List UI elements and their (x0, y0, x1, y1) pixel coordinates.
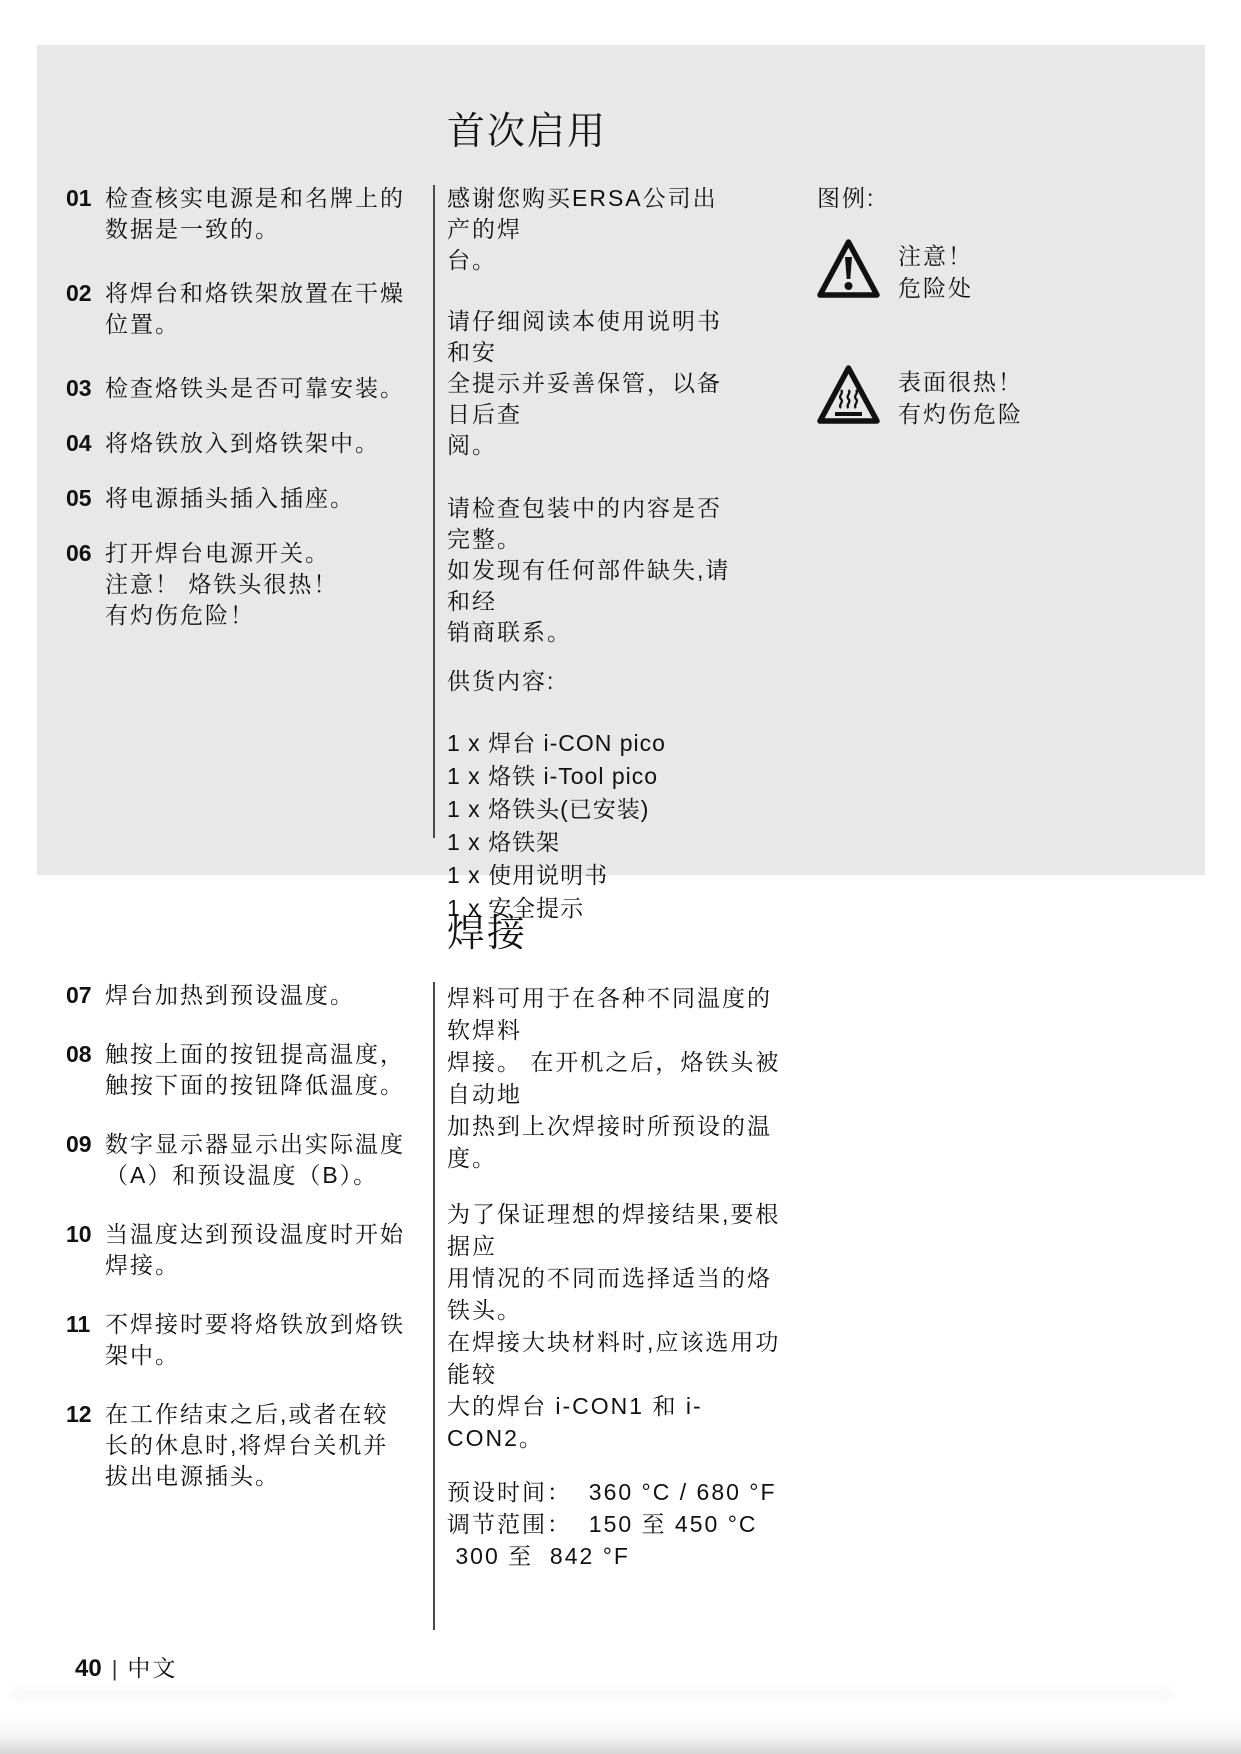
step-number: 12 (66, 1399, 105, 1430)
step-text: 不焊接时要将烙铁放到烙铁 架中。 (105, 1309, 405, 1371)
step-text: 检查烙铁头是否可靠安装。 (105, 373, 405, 404)
manual-page: 首次启用 01 检查核实电源是和名牌上的 数据是一致的。 02 将焊台和烙铁架放… (0, 0, 1241, 1754)
step-text: 检查核实电源是和名牌上的 数据是一致的。 (105, 183, 405, 245)
step-number: 03 (66, 373, 105, 404)
page-edge-shadow (0, 1712, 1241, 1754)
step-12: 12 在工作结束之后,或者在较 长的休息时,将焊台关机并 拔出电源插头。 (66, 1399, 438, 1492)
step-10: 10 当温度达到预设温度时开始 焊接。 (66, 1219, 438, 1281)
step-text: 数字显示器显示出实际温度 （A）和预设温度（B）。 (105, 1129, 405, 1191)
first-use-intro-column: 感谢您购买ERSA公司出产的焊 台。 请仔细阅读本使用说明书和安 全提示并妥善保… (447, 183, 742, 925)
step-number: 07 (66, 980, 105, 1011)
legend-title: 图例: (817, 183, 1147, 214)
hot-surface-icon (817, 364, 880, 430)
step-number: 09 (66, 1129, 105, 1160)
scan-smudge (12, 1688, 1172, 1700)
legend-item-text: 注意！ 危险处 (898, 238, 973, 304)
legend-item-attention: 注意！ 危险处 (817, 238, 1147, 304)
preset-values: 预设时间： 360 °C / 680 °F 调节范围： 150 至 450 °C… (447, 1476, 792, 1572)
page-footer: 40 | 中文 (75, 1650, 177, 1683)
column-divider (433, 185, 435, 838)
step-number: 11 (66, 1309, 105, 1340)
step-07: 07 焊台加热到预设温度。 (66, 980, 438, 1011)
legend-item-text: 表面很热！ 有灼伤危险 (898, 364, 1023, 430)
step-04: 04 将烙铁放入到烙铁架中。 (66, 428, 438, 459)
soldering-body-column: 焊料可用于在各种不同温度的软焊料 焊接。 在开机之后，烙铁头被自动地 加热到上次… (447, 982, 792, 1572)
intro-paragraph: 感谢您购买ERSA公司出产的焊 台。 (447, 183, 742, 276)
step-text: 将烙铁放入到烙铁架中。 (105, 428, 380, 459)
step-text: 将电源插头插入插座。 (105, 483, 355, 514)
legend-column: 图例: 注意！ 危险处 表面很热！ 有 (817, 183, 1147, 430)
step-text: 触按上面的按钮提高温度， 触按下面的按钮降低温度。 (105, 1039, 405, 1101)
step-06: 06 打开焊台电源开关。 注意！ 烙铁头很热！ 有灼伤危险！ (66, 538, 438, 631)
step-number: 10 (66, 1219, 105, 1250)
step-number: 05 (66, 483, 105, 514)
step-number: 06 (66, 538, 105, 569)
step-05: 05 将电源插头插入插座。 (66, 483, 438, 514)
page-number: 40 (75, 1655, 102, 1683)
step-number: 01 (66, 183, 105, 214)
first-use-steps-column: 01 检查核实电源是和名牌上的 数据是一致的。 02 将焊台和烙铁架放置在干燥 … (66, 183, 438, 631)
section-title-soldering: 焊接 (447, 902, 527, 957)
body-paragraph: 为了保证理想的焊接结果,要根据应 用情况的不同而选择适当的烙铁头。 在焊接大块材… (447, 1198, 792, 1454)
footer-divider: | (112, 1656, 118, 1682)
step-text: 将焊台和烙铁架放置在干燥 位置。 (105, 278, 405, 340)
intro-paragraph: 请检查包装中的内容是否完整。 如发现有任何部件缺失,请和经 销商联系。 (447, 493, 742, 648)
step-01: 01 检查核实电源是和名牌上的 数据是一致的。 (66, 183, 438, 245)
legend-item-hot-surface: 表面很热！ 有灼伤危险 (817, 364, 1147, 430)
step-11: 11 不焊接时要将烙铁放到烙铁 架中。 (66, 1309, 438, 1371)
step-text: 在工作结束之后,或者在较 长的休息时,将焊台关机并 拔出电源插头。 (105, 1399, 388, 1492)
step-02: 02 将焊台和烙铁架放置在干燥 位置。 (66, 278, 438, 340)
section-title-first-use: 首次启用 (447, 100, 607, 155)
step-text: 当温度达到预设温度时开始 焊接。 (105, 1219, 405, 1281)
step-text: 焊台加热到预设温度。 (105, 980, 355, 1011)
step-text: 打开焊台电源开关。 注意！ 烙铁头很热！ 有灼伤危险！ (105, 538, 338, 631)
step-number: 02 (66, 278, 105, 309)
supply-contents-list: 1 x 焊台 i-CON pico 1 x 烙铁 i-Tool pico 1 x… (447, 727, 742, 925)
body-paragraph: 焊料可用于在各种不同温度的软焊料 焊接。 在开机之后，烙铁头被自动地 加热到上次… (447, 982, 792, 1174)
step-number: 08 (66, 1039, 105, 1070)
step-number: 04 (66, 428, 105, 459)
warning-triangle-icon (817, 238, 880, 304)
soldering-steps-column: 07 焊台加热到预设温度。 08 触按上面的按钮提高温度， 触按下面的按钮降低温… (66, 980, 438, 1520)
supply-contents-title: 供货内容: (447, 666, 742, 697)
step-03: 03 检查烙铁头是否可靠安装。 (66, 373, 438, 404)
column-divider (433, 982, 435, 1630)
step-09: 09 数字显示器显示出实际温度 （A）和预设温度（B）。 (66, 1129, 438, 1191)
intro-paragraph: 请仔细阅读本使用说明书和安 全提示并妥善保管，以备日后查 阅。 (447, 306, 742, 461)
language-label: 中文 (127, 1650, 177, 1683)
step-08: 08 触按上面的按钮提高温度， 触按下面的按钮降低温度。 (66, 1039, 438, 1101)
